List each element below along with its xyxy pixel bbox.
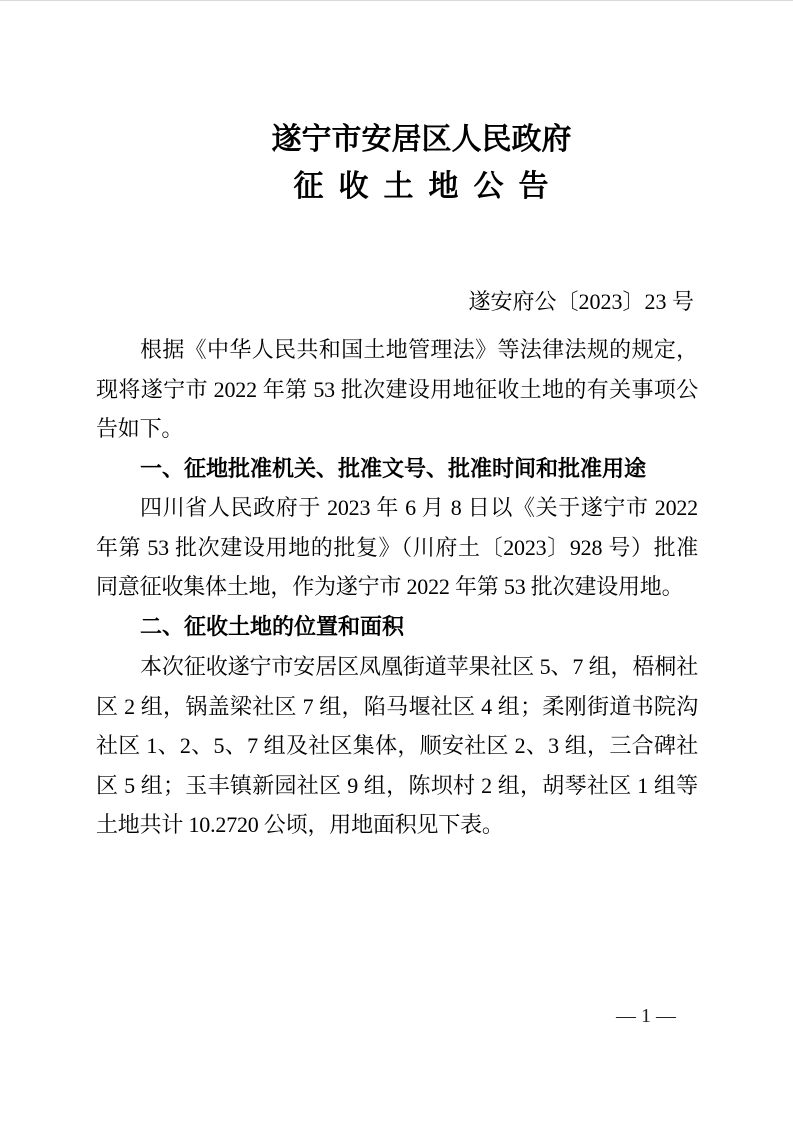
paragraph-approval: 四川省人民政府于 2023 年 6 月 8 日以《关于遂宁市 2022 年第 5… xyxy=(96,488,698,607)
page-number: — 1 — xyxy=(96,1003,676,1029)
document-subtitle: 征收土地公告 xyxy=(0,163,793,210)
section-heading-approval: 一、征地批准机关、批准文号、批准时间和批准用途 xyxy=(96,449,698,489)
document-reference-number: 遂安府公〔2023〕23 号 xyxy=(96,282,694,322)
document-title: 遂宁市安居区人民政府 xyxy=(0,116,793,163)
paragraph-intro: 根据《中华人民共和国土地管理法》等法律法规的规定，现将遂宁市 2022 年第 5… xyxy=(96,330,698,449)
paragraph-location: 本次征收遂宁市安居区凤凰街道苹果社区 5、7 组，梧桐社区 2 组，锅盖梁社区 … xyxy=(96,647,698,845)
document-page: 遂宁市安居区人民政府 征收土地公告 遂安府公〔2023〕23 号 根据《中华人民… xyxy=(0,0,793,1122)
section-heading-location: 二、征收土地的位置和面积 xyxy=(96,607,698,647)
